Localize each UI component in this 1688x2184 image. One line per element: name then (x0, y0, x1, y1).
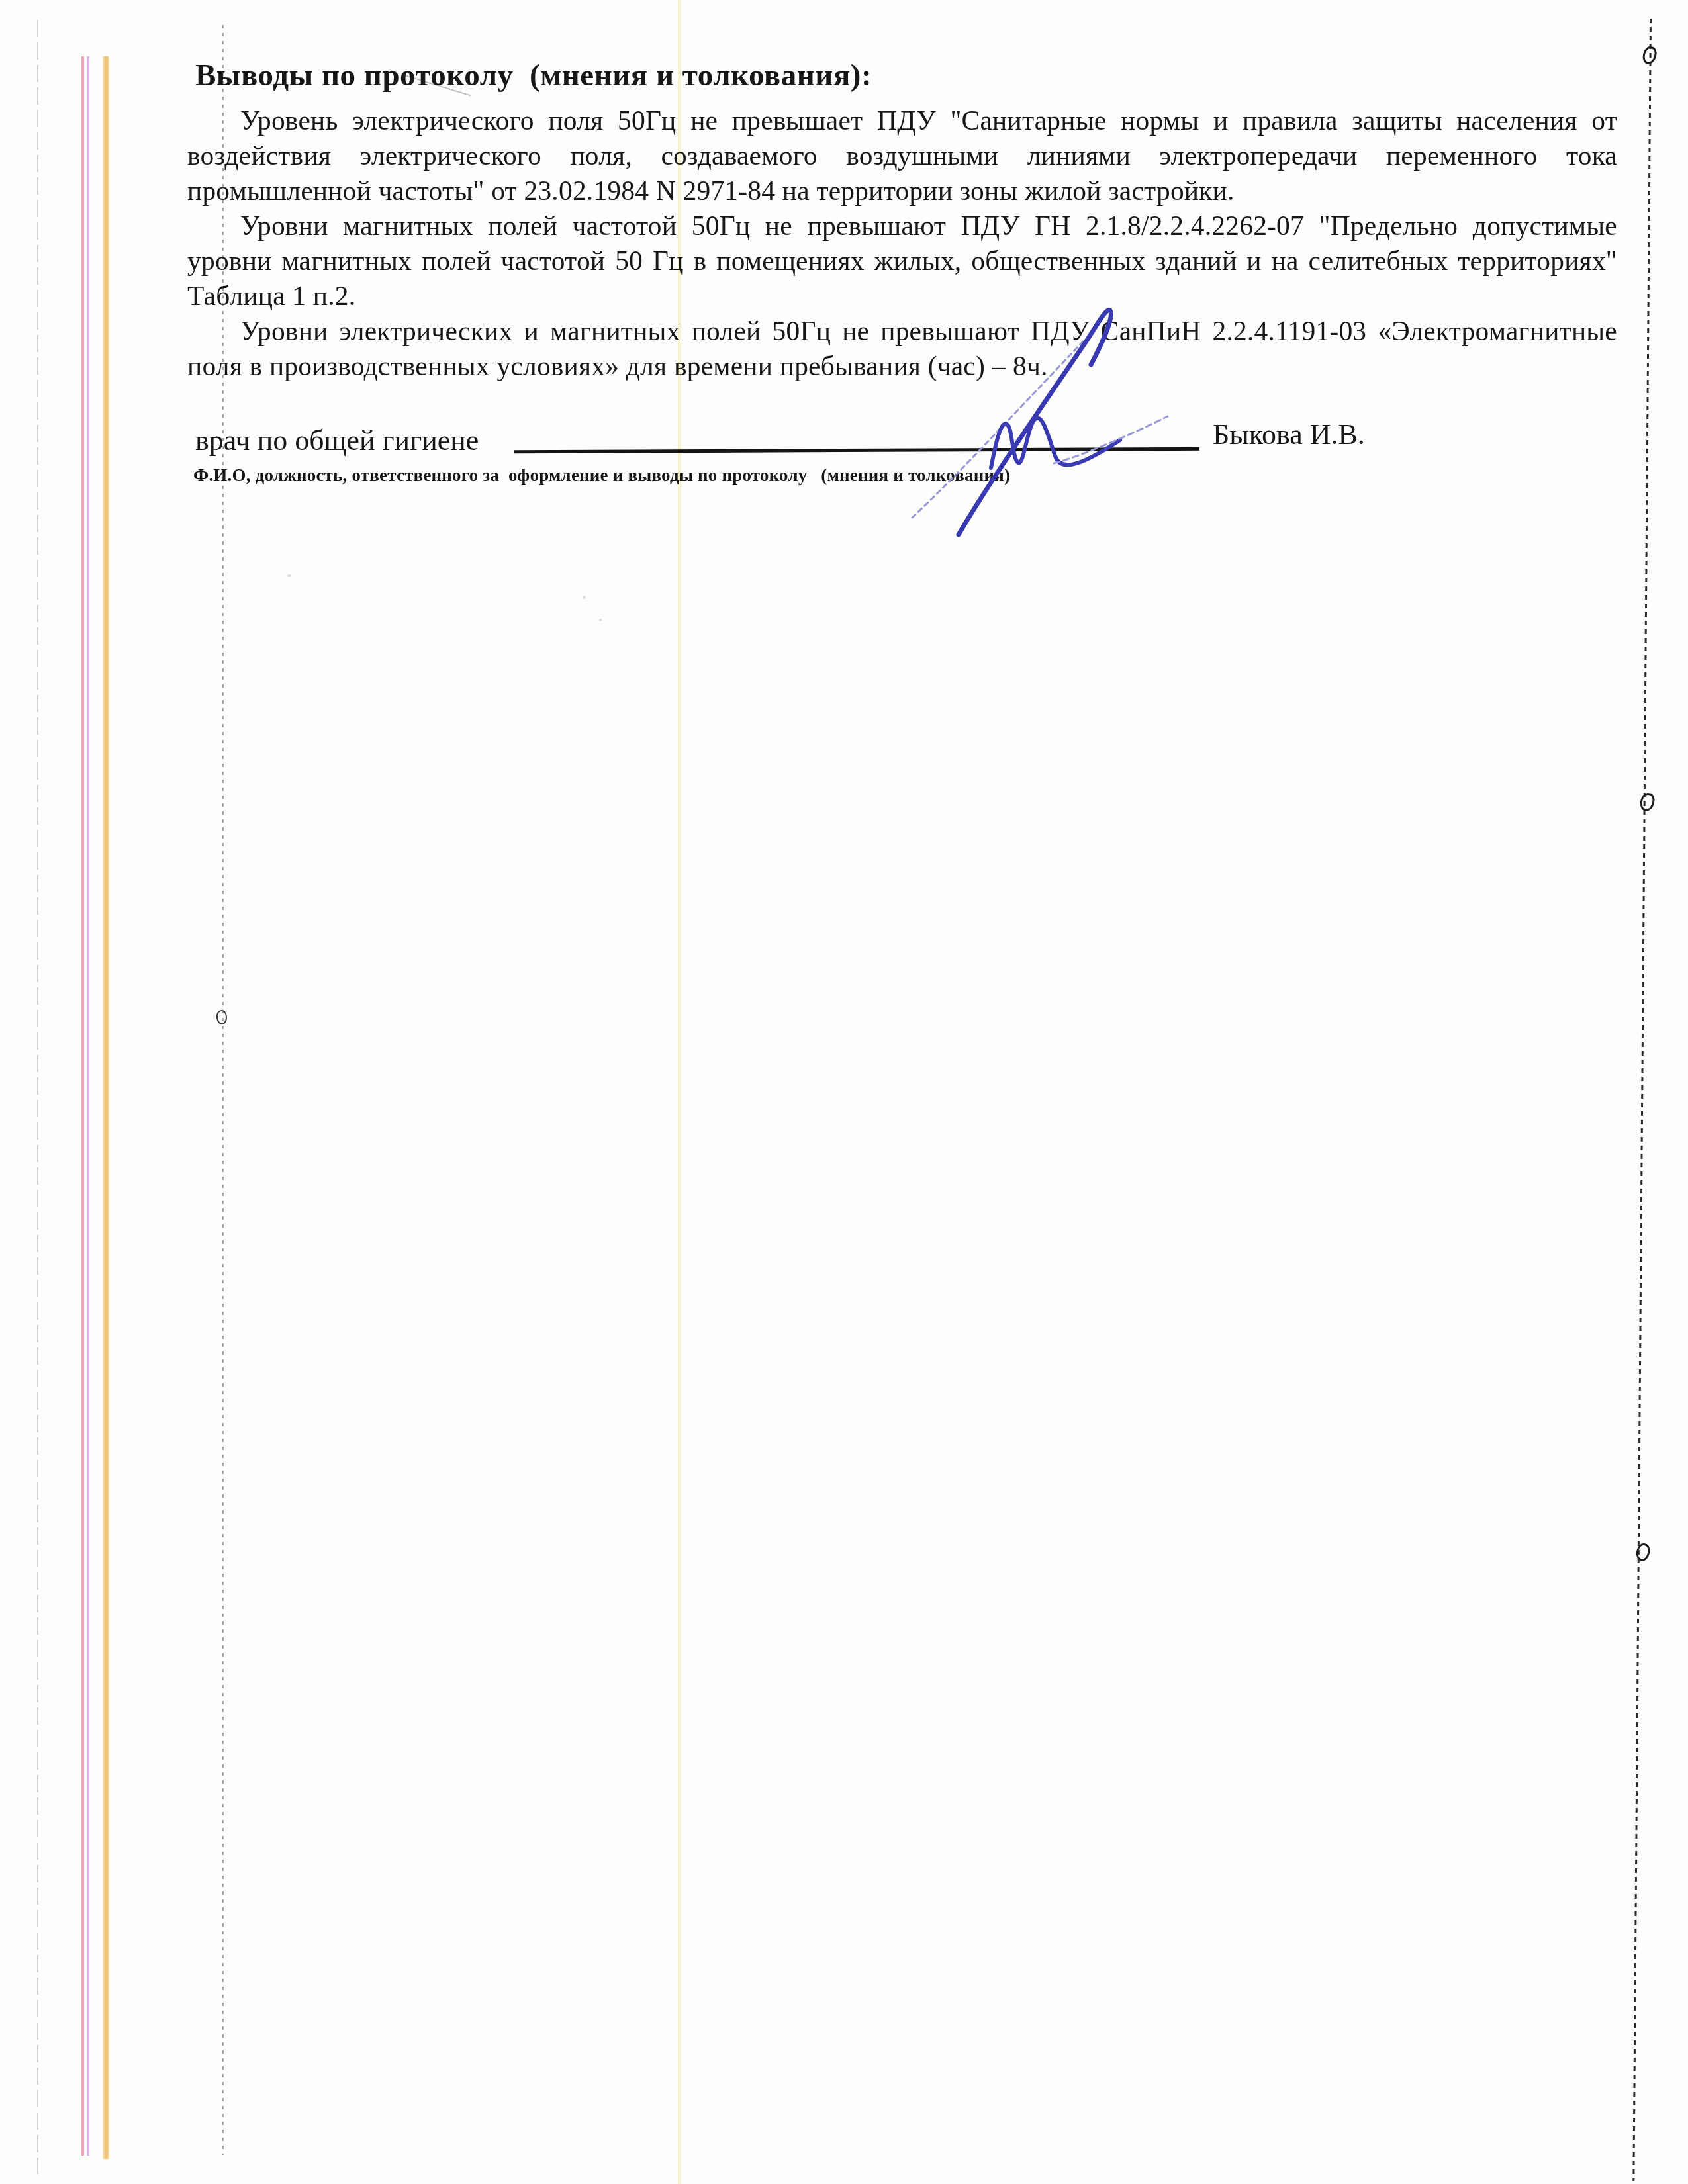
conclusion-paragraph-magnetic-field: Уровни магнитных полей частотой 50Гц не … (187, 208, 1617, 314)
scan-violet-line (87, 56, 89, 2156)
scan-speck (583, 596, 586, 599)
document-body: Выводы по протоколу (мнения и толкования… (187, 57, 1617, 384)
signatory-role-label: врач по общей гигиене (195, 425, 479, 457)
scan-o-mark (1635, 1542, 1651, 1562)
scan-pink-line (81, 56, 84, 2156)
scan-o-mark (1641, 45, 1658, 66)
scan-o-mark (216, 1009, 228, 1025)
scan-yellow-line-left (103, 56, 109, 2159)
scan-speck (599, 619, 602, 621)
conclusions-heading: Выводы по протоколу (мнения и толкования… (195, 57, 1617, 94)
signature-caption: Ф.И.О, должность, ответственного за офор… (193, 465, 1054, 486)
scanned-document-page: Выводы по протоколу (мнения и толкования… (0, 0, 1688, 2184)
signature-line (514, 447, 1199, 454)
scan-edge-gray-line (37, 20, 38, 2174)
scan-o-mark (1638, 792, 1656, 813)
conclusion-paragraph-electric-field: Уровень электрического поля 50Гц не прев… (187, 103, 1617, 208)
scan-speck (287, 574, 291, 577)
scan-dashed-edge-line (1632, 19, 1652, 2181)
conclusion-paragraph-combined-fields: Уровни электрических и магнитных полей 5… (187, 314, 1617, 384)
signatory-name: Быкова И.В. (1213, 419, 1365, 451)
